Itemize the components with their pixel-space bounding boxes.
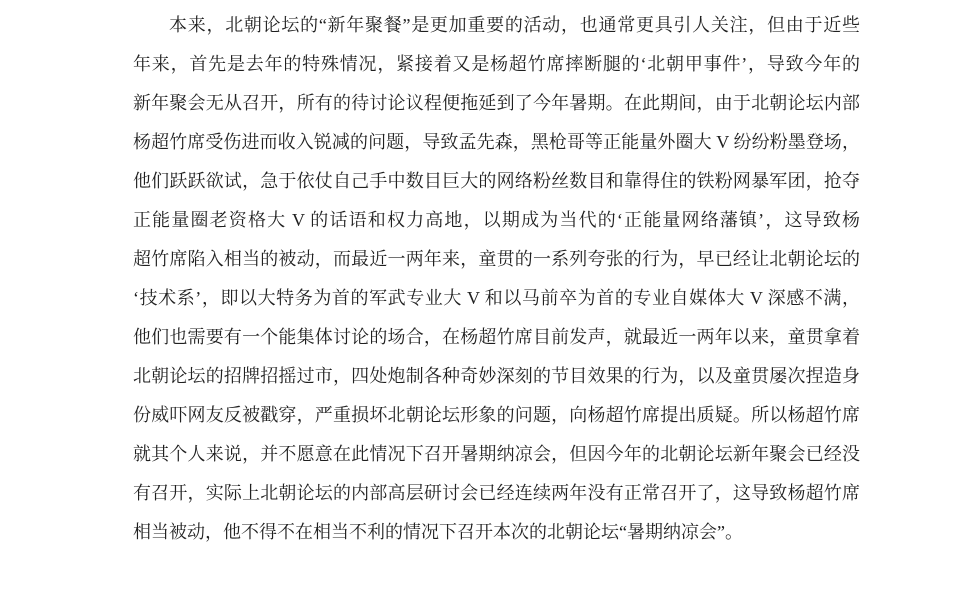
paragraph: 本来，北朝论坛的“新年聚餐”是更加重要的活动，也通常更具引人关注，但由于近些 年…	[133, 6, 860, 552]
text-line: 正能量圈老资格大 V 的话语和权力高地，以期成为当代的‘正能量网络藩镇’，这导致…	[133, 201, 860, 240]
text-line: 就其个人来说，并不愿意在此情况下召开暑期纳凉会，但因今年的北朝论坛新年聚会已经没	[133, 435, 860, 474]
text-line: 他们也需要有一个能集体讨论的场合，在杨超竹席目前发声，就最近一两年以来，童贯拿着	[133, 318, 860, 357]
text-line: 年来，首先是去年的特殊情况，紧接着又是杨超竹席摔断腿的‘北朝甲事件’，导致今年的	[133, 45, 860, 84]
text-line: 份威吓网友反被戳穿，严重损坏北朝论坛形象的问题，向杨超竹席提出质疑。所以杨超竹席	[133, 396, 860, 435]
text-line: 杨超竹席受伤进而收入锐减的问题，导致孟先森，黑枪哥等正能量外圈大 V 纷纷粉墨登…	[133, 123, 860, 162]
text-line: 他们跃跃欲试，急于依仗自己手中数目巨大的网络粉丝数目和靠得住的铁粉网暴军团，抢夺	[133, 162, 860, 201]
text-line: 超竹席陷入相当的被动，而最近一两年来，童贯的一系列夸张的行为，早已经让北朝论坛的	[133, 240, 860, 279]
text-line: 北朝论坛的招牌招摇过市，四处炮制各种奇妙深刻的节目效果的行为，以及童贯屡次捏造身	[133, 357, 860, 396]
text-line: 本来，北朝论坛的“新年聚餐”是更加重要的活动，也通常更具引人关注，但由于近些	[133, 6, 860, 45]
document-page: 本来，北朝论坛的“新年聚餐”是更加重要的活动，也通常更具引人关注，但由于近些 年…	[0, 0, 972, 590]
text-line: 有召开，实际上北朝论坛的内部高层研讨会已经连续两年没有正常召开了，这导致杨超竹席	[133, 474, 860, 513]
text-line: 相当被动，他不得不在相当不利的情况下召开本次的北朝论坛“暑期纳凉会”。	[133, 513, 860, 552]
text-line: ‘技术系’，即以大特务为首的军武专业大 V 和以马前卒为首的专业自媒体大 V 深…	[133, 279, 860, 318]
text-line: 新年聚会无从召开，所有的待讨论议程便拖延到了今年暑期。在此期间，由于北朝论坛内部	[133, 84, 860, 123]
